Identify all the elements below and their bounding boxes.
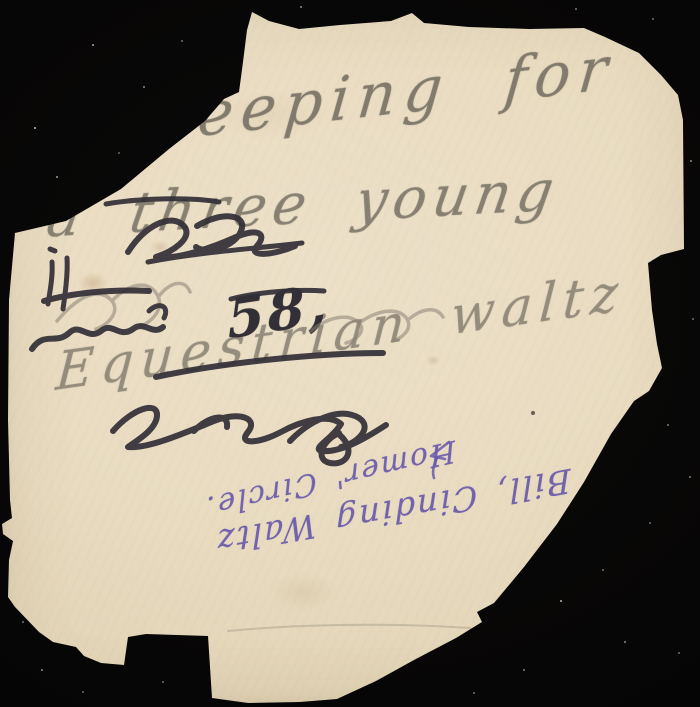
crossout-scribbles (0, 0, 700, 707)
dark-pencil-crossouts (32, 199, 386, 464)
scanned-note-stage: weeping for a three young Equestrian wal… (0, 0, 700, 707)
torn-paper-scrap: weeping for a three young Equestrian wal… (0, 0, 700, 707)
dust-specks (0, 0, 2, 2)
violet-caret-mark (431, 442, 449, 478)
light-pencil-squiggles (57, 283, 470, 631)
